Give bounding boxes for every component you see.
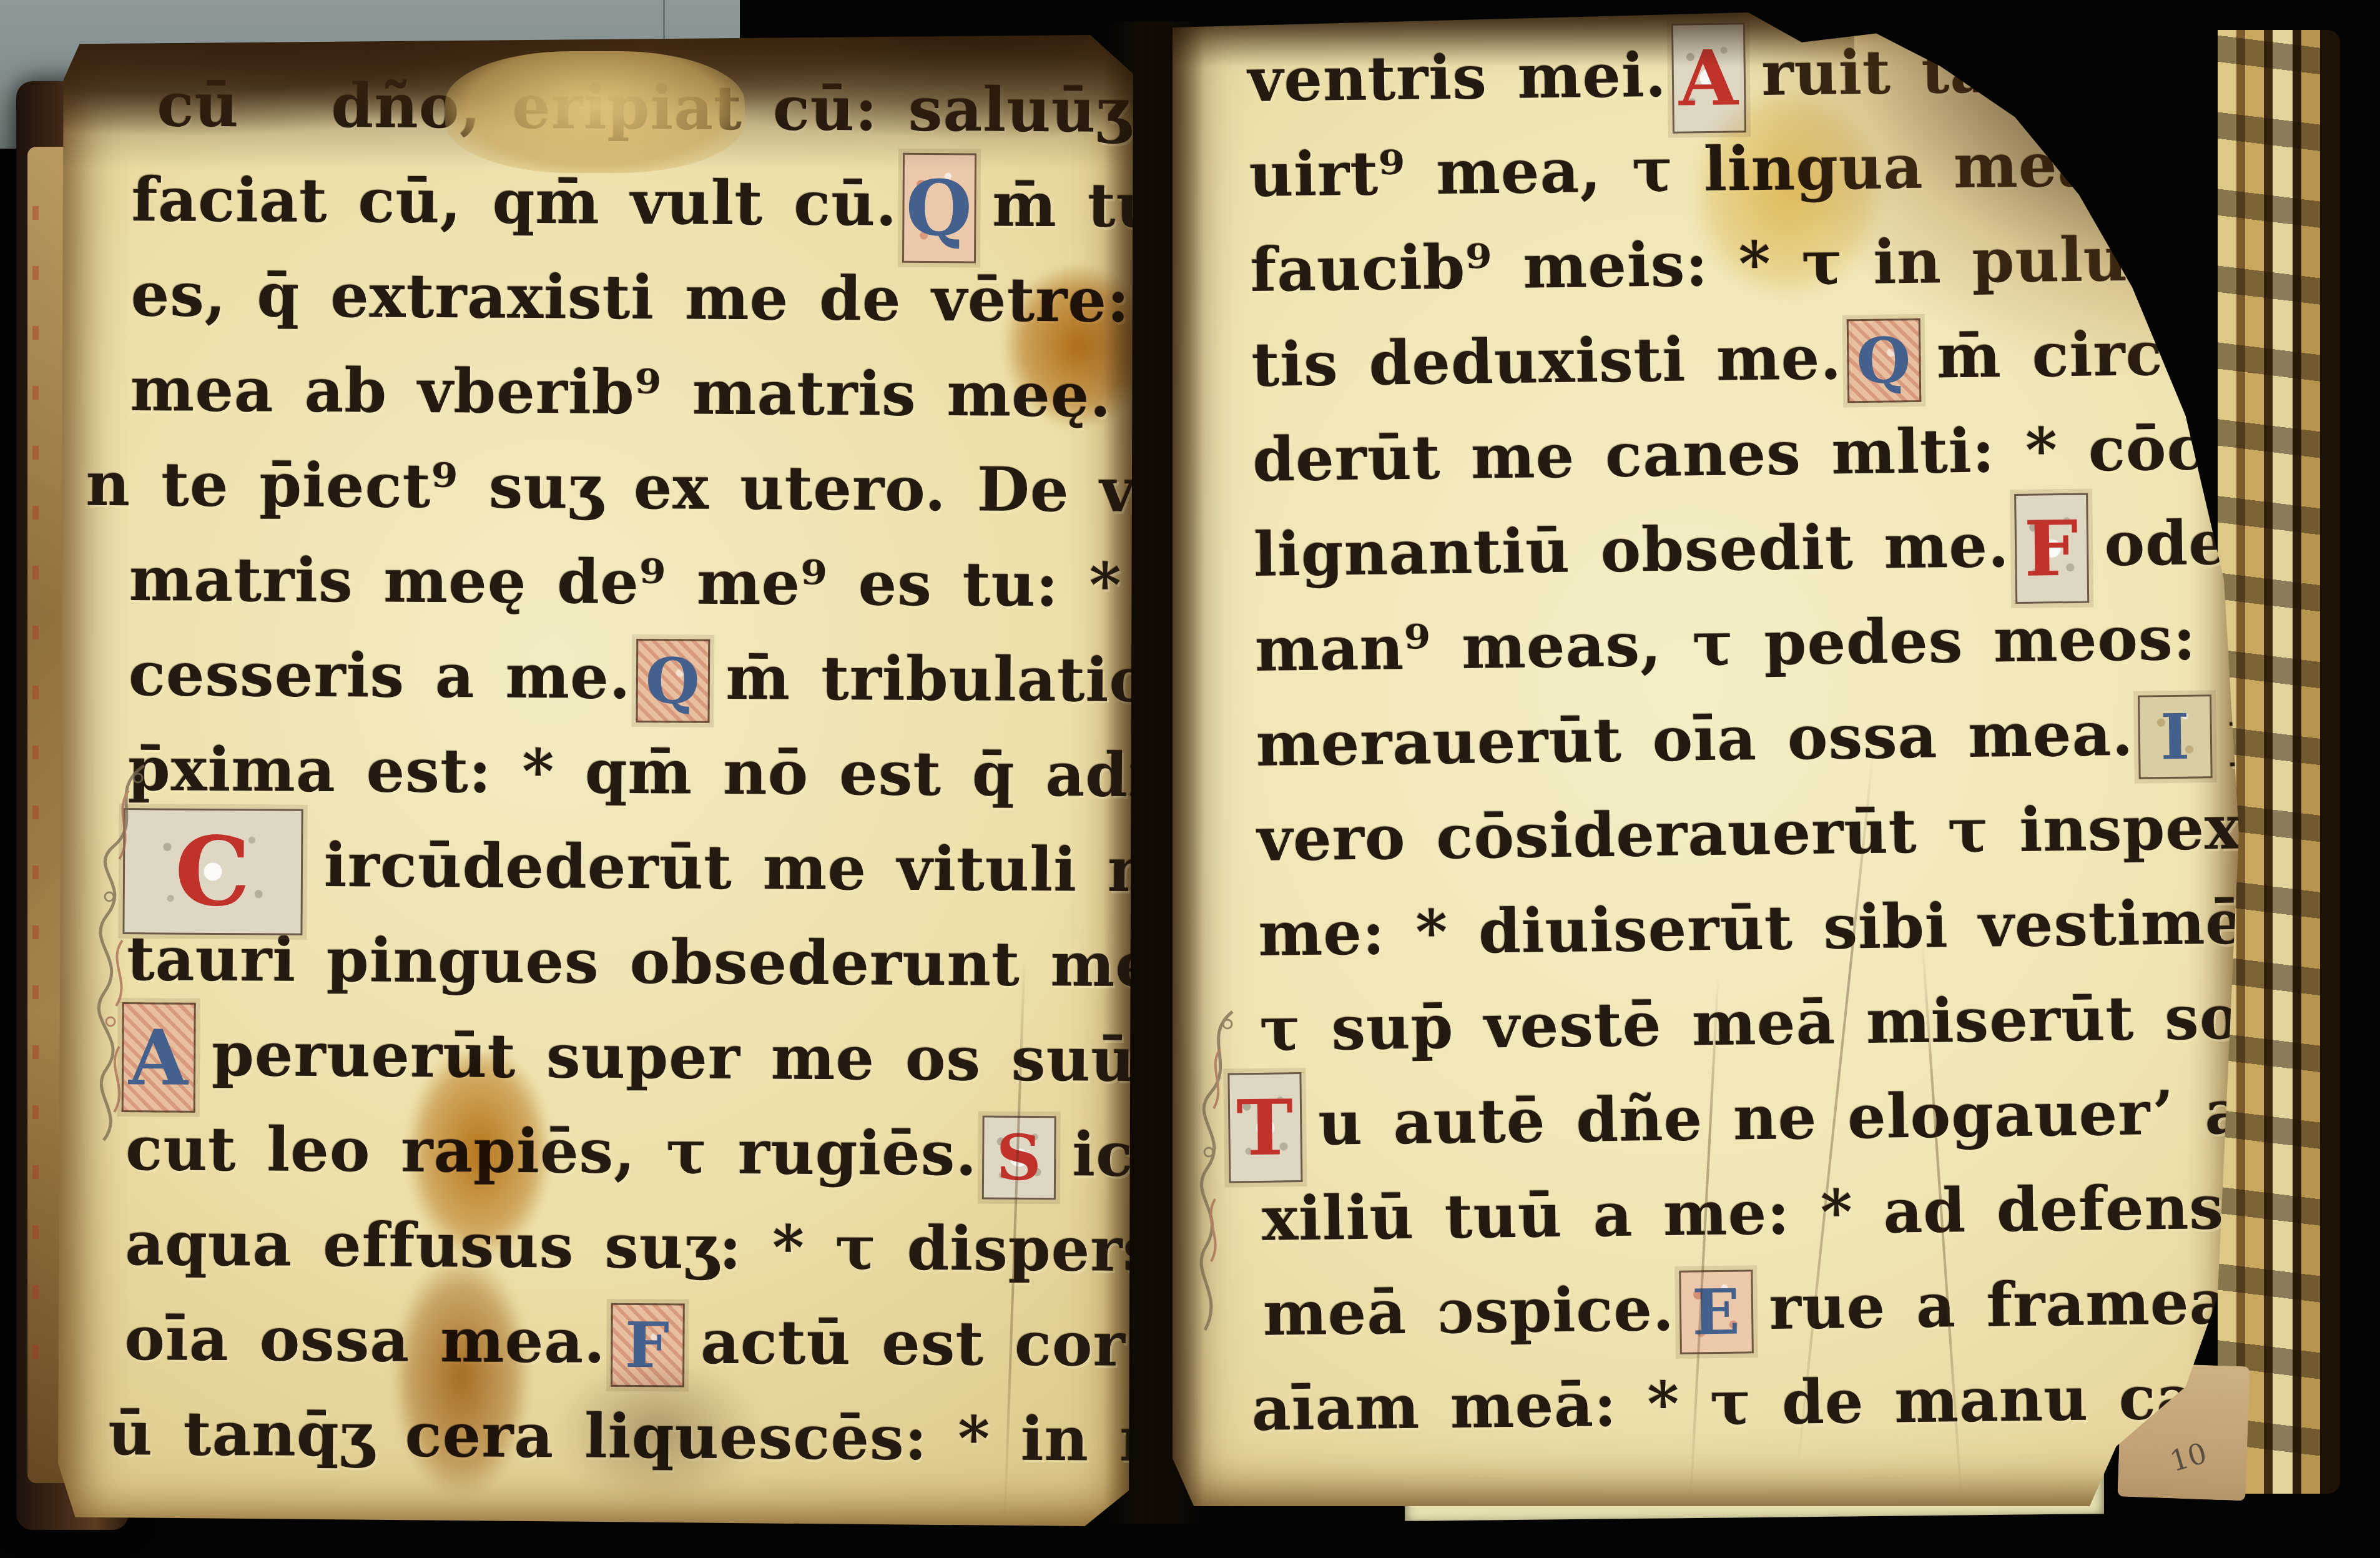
text-run: n te p̄iect⁹ suʒ ex utero. De vētre bbox=[86, 448, 1133, 527]
illuminated-initial-Q: Q bbox=[636, 639, 710, 723]
page-number: 10 bbox=[2166, 1436, 2211, 1478]
text-run: cesseris a me. bbox=[129, 638, 631, 712]
text-line: τ sup̄ vestē meā miserūt sorteʒ. bbox=[1259, 970, 2239, 1077]
margin-flourish-penwork bbox=[1176, 1005, 1251, 1343]
text-run: lignantiū obsedit me. bbox=[1254, 510, 2010, 590]
text-run: peruerūt super me os suū: * si bbox=[212, 1018, 1133, 1097]
text-run: mea ab vberib⁹ matris meę. bbox=[130, 353, 1111, 431]
text-line: derūt me canes mlti: * cōciliū m̄ bbox=[1252, 400, 2239, 507]
text-line: ū tanq̄ʒ cera liquescēs: * in medio bbox=[108, 1386, 1123, 1487]
text-run: actū est cor m̄ bbox=[701, 1306, 1133, 1381]
text-line: cesseris a me. Qm̄ tribulatio bbox=[128, 626, 1128, 727]
illuminated-initial-E: E bbox=[1679, 1270, 1754, 1354]
text-line: me: * diuiserūt sibi vestimēta mea bbox=[1258, 875, 2239, 982]
text-run: aīam meā: * τ de manu canis vnicā bbox=[1251, 1358, 2239, 1444]
text-run: ū tanq̄ʒ cera liquescēs: * in medio bbox=[108, 1398, 1133, 1476]
text-run: xiliū tuū a me: * ad defensionēʒ bbox=[1262, 1169, 2239, 1254]
text-line: man⁹ meas, τ pedes meos: * dinu bbox=[1254, 590, 2239, 697]
text-line: Tu autē dñe ne elogauer’ au bbox=[1222, 1065, 2239, 1172]
text-line: merauerūt oīa ossa mea. Ipsi bbox=[1256, 685, 2239, 792]
text-line: oīa ossa mea. Factū est cor m̄ bbox=[124, 1291, 1124, 1392]
text-run: meā ɔspice. bbox=[1262, 1273, 1674, 1349]
red-margin-marks bbox=[32, 187, 39, 1405]
text-run: matris meę de⁹ me⁹ es tu: * ne dis bbox=[129, 543, 1133, 622]
text-run: ircūdederūt me vituli mlti: * bbox=[324, 829, 1133, 907]
text-run: icut bbox=[1072, 1118, 1133, 1190]
text-line: vero cōsiderauerūt τ inspexerūt bbox=[1257, 780, 2239, 887]
text-run: man⁹ meas, τ pedes meos: * dinu bbox=[1254, 599, 2239, 685]
text-line: xiliū tuū a me: * ad defensionēʒ bbox=[1261, 1160, 2239, 1266]
margin-flourish-penwork bbox=[69, 753, 163, 1153]
text-line: n te p̄iect⁹ suʒ ex utero. De vētre bbox=[86, 436, 1129, 538]
text-line: matris meę de⁹ me⁹ es tu: * ne dis bbox=[129, 531, 1128, 633]
text-line: cut leo rapiēs, τ rugiēs. Sicut bbox=[125, 1101, 1125, 1202]
manuscript-photo: { "palette": { "ink": "#241a10", "initia… bbox=[0, 0, 2380, 1558]
illuminated-initial-F: F bbox=[611, 1303, 685, 1388]
text-line: Aperuerūt super me os suū: * si bbox=[117, 1006, 1126, 1107]
text-run: me: * diuiserūt sibi vestimēta mea bbox=[1258, 884, 2239, 970]
illuminated-initial-I: I bbox=[2138, 694, 2213, 779]
text-run: vero cōsiderauerūt τ inspexerūt bbox=[1257, 790, 2239, 875]
text-line: p̄xima est: * qm̄ nō est q̄ adiuuet. bbox=[128, 721, 1128, 822]
text-run: τ sup̄ vestē meā miserūt sorteʒ. bbox=[1259, 980, 2239, 1065]
page-edges-mottling bbox=[2218, 30, 2340, 1494]
text-run: merauerūt oīa ossa mea. bbox=[1256, 698, 2134, 780]
text-run: u autē dñe ne elogauer’ au bbox=[1318, 1076, 2239, 1159]
text-run: m̄ tu bbox=[992, 169, 1133, 242]
repair-patch bbox=[445, 51, 745, 173]
right-page: ventris mei. Aruit tanq̄ʒ testauirt⁹ mea… bbox=[1173, 12, 2239, 1506]
text-line: aqua effusus suʒ: * τ dispersa sūt bbox=[125, 1196, 1124, 1297]
text-line: lignantiū obsedit me. Foderūt bbox=[1253, 495, 2239, 602]
text-run: p̄xima est: * qm̄ nō est q̄ adiuuet. bbox=[128, 733, 1133, 812]
text-run: es, q̄ extraxisti me de vētre: spes bbox=[130, 259, 1133, 337]
illuminated-initial-F: F bbox=[2014, 493, 2089, 604]
burn-damage-corner bbox=[1739, 12, 2239, 375]
text-run: cut leo rapiēs, τ rugiēs. bbox=[125, 1113, 978, 1189]
left-page: cūdño, eripiat cū: saluūʒfaciat cū, qm̄ … bbox=[58, 35, 1133, 1526]
text-line: meā ɔspice. Erue a framea mea de⁹ bbox=[1262, 1255, 2239, 1361]
text-run: faciat cū, qm̄ vult cū. bbox=[131, 164, 898, 239]
text-run: oīa ossa mea. bbox=[124, 1303, 606, 1377]
text-line: mea ab vberib⁹ matris meę. bbox=[130, 342, 1129, 443]
text-line: es, q̄ extraxisti me de vētre: spes bbox=[130, 247, 1130, 348]
text-run: rue a framea mea de⁹ bbox=[1769, 1263, 2239, 1343]
text-line: Circūdederūt me vituli mlti: * bbox=[118, 816, 1127, 917]
text-run: aqua effusus suʒ: * τ dispersa sūt bbox=[125, 1208, 1133, 1286]
illuminated-initial-Q: Q bbox=[902, 153, 976, 264]
illuminated-initial-S: S bbox=[982, 1115, 1056, 1200]
left-page-text: cūdño, eripiat cū: saluūʒfaciat cū, qm̄ … bbox=[124, 57, 1131, 1487]
text-run: derūt me canes mlti: * cōciliū m̄ bbox=[1252, 410, 2239, 495]
text-run: m̄ tribulatio bbox=[725, 642, 1133, 716]
text-line: aīam meā: * τ de manu canis vnicā bbox=[1251, 1349, 2239, 1457]
